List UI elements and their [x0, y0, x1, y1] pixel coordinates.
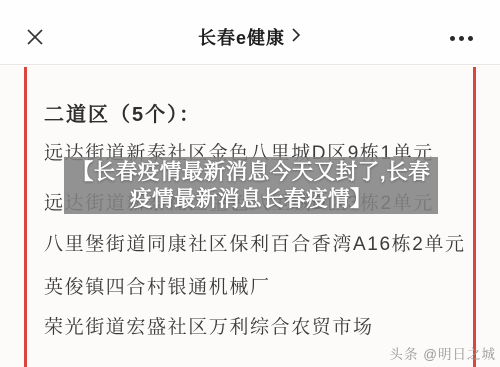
page-title-link[interactable]: 长春e健康: [0, 0, 500, 65]
more-options-button[interactable]: [446, 28, 476, 48]
left-red-border: [24, 67, 27, 367]
district-heading: 二道区（5个）：: [44, 98, 201, 127]
page-title: 长春e健康: [198, 24, 285, 50]
chevron-right-icon: [290, 25, 302, 48]
list-item: 八里堡街道同康社区保利百合香湾A16栋2单元: [44, 229, 466, 256]
caption-line-2: 疫情最新消息长春疫情】: [130, 186, 372, 213]
caption-line-1: 【长春疫情最新消息今天又封了,长春: [72, 159, 430, 186]
list-item: 荣光街道宏盛社区万利综合农贸市场: [44, 312, 374, 339]
article-screenshot-body: 二道区（5个）： 远达街道新泰社区金色八里城D区9栋1单元 远达街道新泰社区金色…: [0, 66, 500, 367]
caption-overlay: 【长春疫情最新消息今天又封了,长春 疫情最新消息长春疫情】: [64, 157, 438, 214]
right-red-border: [473, 67, 476, 367]
list-item: 英俊镇四合村银通机械厂: [44, 272, 271, 299]
more-dots-icon: [450, 36, 473, 41]
app-bar: 长春e健康: [0, 0, 500, 65]
watermark: 头条 @明日之城: [390, 343, 496, 363]
